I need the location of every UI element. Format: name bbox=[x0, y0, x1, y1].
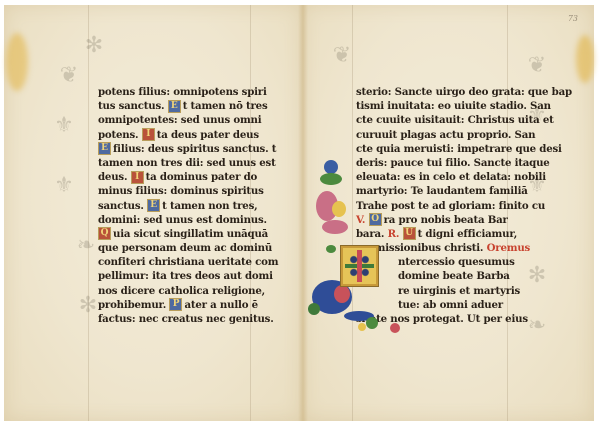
line-text: deus. bbox=[98, 171, 131, 183]
manuscript-line: factus: nec creatus nec genitus. bbox=[98, 312, 278, 326]
decorated-initial: E bbox=[147, 199, 160, 212]
manuscript-line: potens filius: omnipotens spiri bbox=[98, 85, 278, 99]
manuscript-line: domini: sed unus est dominus. bbox=[98, 213, 278, 227]
manuscript-line: Efilius: deus spiritus sanctus. t bbox=[98, 142, 278, 156]
line-text: potens filius: omnipotens spiri bbox=[98, 86, 267, 98]
decorated-initial: O bbox=[369, 213, 382, 226]
right-page: 73 ❦ ⚜ ⚜ ✻ ❧ ❦ sterio: Sancte uirgo deo … bbox=[302, 5, 594, 421]
left-text-block: potens filius: omnipotens spiritus sanct… bbox=[98, 85, 278, 326]
rubric-text: Oremus bbox=[487, 242, 530, 254]
line-text: nos dicere catholica religione, bbox=[98, 285, 265, 297]
line-text: bara. bbox=[356, 228, 388, 240]
manuscript-line: prohibemur. Pater a nullo ē bbox=[98, 298, 278, 312]
ornament-leaf-icon bbox=[308, 303, 320, 315]
manuscript-line: tamen non tres dii: sed unus est bbox=[98, 156, 278, 170]
ornament-leaf-icon bbox=[326, 245, 336, 253]
left-page: ✻ ❦ ⚜ ⚜ ❧ ✻ potens filius: omnipotens sp… bbox=[4, 5, 303, 421]
folio-number: 73 bbox=[568, 14, 578, 23]
manuscript-line: sanctus. Et tamen non tres, bbox=[98, 199, 278, 213]
line-text: filius: deus spiritus sanctus. t bbox=[113, 143, 276, 155]
decorated-initial: Q bbox=[98, 227, 111, 240]
manuscript-line: minus filius: dominus spiritus bbox=[98, 184, 278, 198]
line-text: t tamen non tres, bbox=[162, 200, 257, 212]
line-text: t digni efficiamur, bbox=[418, 228, 518, 240]
manuscript-line: Quia sicut singillatim unāquā bbox=[98, 227, 278, 241]
initial-ornament-icon bbox=[345, 250, 374, 282]
ornament-leaf-icon bbox=[366, 317, 378, 329]
decorated-initial: P bbox=[169, 298, 182, 311]
line-text: ater a nullo ē bbox=[184, 299, 257, 311]
manuscript-line: omnipotentes: sed unus omni bbox=[98, 113, 278, 127]
decorated-initial: I bbox=[142, 128, 155, 141]
line-text: cte cuuite uisitauit: Christus uita et bbox=[356, 114, 554, 126]
sketch-flower-icon: ❦ bbox=[49, 65, 89, 87]
line-text: factus: nec creatus nec genitus. bbox=[98, 313, 274, 325]
line-text: martyrio: Te laudantem familiā bbox=[356, 185, 528, 197]
line-text: t tamen nō tres bbox=[183, 100, 268, 112]
line-text: sterio: Sancte uirgo deo grata: que bap bbox=[356, 86, 572, 98]
line-text: deris: pauce tui filio. Sancte itaque bbox=[356, 157, 550, 169]
sketch-flower-icon: ❦ bbox=[517, 55, 557, 77]
line-text: que personam deum ac dominū bbox=[98, 242, 272, 254]
line-text: tamen non tres dii: sed unus est bbox=[98, 157, 276, 169]
illuminated-initial bbox=[340, 245, 379, 287]
manuscript-line: domine beate Barba bbox=[356, 269, 572, 283]
manuscript-line: confiteri christiana ueritate com bbox=[98, 255, 278, 269]
manuscript-line: sterio: Sancte uirgo deo grata: que bap bbox=[356, 85, 572, 99]
ornament-flower-icon bbox=[334, 285, 350, 303]
decorated-initial: E bbox=[168, 100, 181, 113]
water-stain bbox=[576, 35, 594, 83]
ornament-leaf-icon bbox=[324, 160, 338, 174]
manuscript-line: cte quia meruisti: impetrare que desi bbox=[356, 142, 572, 156]
ornament-gold-icon bbox=[358, 323, 366, 331]
manuscript-line: deris: pauce tui filio. Sancte itaque bbox=[356, 156, 572, 170]
manuscript-spread: ✻ ❦ ⚜ ⚜ ❧ ✻ potens filius: omnipotens sp… bbox=[4, 5, 594, 421]
sketch-flower-icon: ❦ bbox=[322, 45, 362, 67]
manuscript-line: eleuata: es in celo et delata: nobili bbox=[356, 170, 572, 184]
gutter bbox=[298, 5, 308, 421]
line-text: tus sanctus. bbox=[98, 100, 168, 112]
line-text: confiteri christiana ueritate com bbox=[98, 256, 278, 268]
line-text: ta dominus pater do bbox=[146, 171, 257, 183]
line-text: re uirginis et martyris bbox=[398, 285, 520, 297]
decorated-initial: U bbox=[403, 227, 416, 240]
decorated-initial: E bbox=[98, 142, 111, 155]
sketch-flower-icon: ✻ bbox=[74, 35, 114, 57]
line-text: tue: ab omni aduer bbox=[398, 299, 503, 311]
manuscript-line: sitate nos protegat. Ut per eius bbox=[356, 312, 572, 326]
line-text: eleuata: es in celo et delata: nobili bbox=[356, 171, 546, 183]
rubric-mark: V. bbox=[356, 214, 369, 226]
manuscript-line: promissionibus christi. Oremus bbox=[356, 241, 572, 255]
manuscript-line: potens. Ita deus pater deus bbox=[98, 128, 278, 142]
ornament-flower-icon bbox=[390, 323, 400, 333]
line-text: ta deus pater deus bbox=[157, 129, 259, 141]
water-stain bbox=[6, 33, 28, 91]
line-text: cte quia meruisti: impetrare que desi bbox=[356, 143, 562, 155]
manuscript-line: martyrio: Te laudantem familiā bbox=[356, 184, 572, 198]
line-text: omnipotentes: sed unus omni bbox=[98, 114, 261, 126]
ornament-gold-icon bbox=[332, 201, 346, 217]
manuscript-line: V. Ora pro nobis beata Bar bbox=[356, 213, 572, 227]
manuscript-line: re uirginis et martyris bbox=[356, 284, 572, 298]
line-text: domine beate Barba bbox=[398, 270, 510, 282]
right-text-block: sterio: Sancte uirgo deo grata: que bapt… bbox=[356, 85, 572, 326]
ruling-line bbox=[352, 5, 353, 421]
manuscript-line: tismi inuitata: eo uiuite stadio. San bbox=[356, 99, 572, 113]
manuscript-line: tue: ab omni aduer bbox=[356, 298, 572, 312]
manuscript-line: deus. Ita dominus pater do bbox=[98, 170, 278, 184]
line-text: ntercessio quesumus bbox=[398, 256, 515, 268]
sketch-flower-icon: ⚜ bbox=[44, 115, 84, 137]
manuscript-line: Trahe post te ad gloriam: finito cu bbox=[356, 199, 572, 213]
manuscript-line: curuuit plagas actu proprio. San bbox=[356, 128, 572, 142]
line-text: sitate nos protegat. Ut per eius bbox=[356, 313, 528, 325]
line-text: sanctus. bbox=[98, 200, 147, 212]
line-text: tismi inuitata: eo uiuite stadio. San bbox=[356, 100, 551, 112]
line-text: curuuit plagas actu proprio. San bbox=[356, 129, 535, 141]
line-text: Trahe post te ad gloriam: finito cu bbox=[356, 200, 545, 212]
manuscript-line: pellimur: ita tres deos aut domi bbox=[98, 269, 278, 283]
manuscript-line: tus sanctus. Et tamen nō tres bbox=[98, 99, 278, 113]
line-text: uia sicut singillatim unāquā bbox=[113, 228, 268, 240]
line-text: prohibemur. bbox=[98, 299, 169, 311]
manuscript-line: nos dicere catholica religione, bbox=[98, 284, 278, 298]
ornament-leaf-icon bbox=[320, 173, 342, 185]
manuscript-line: cte cuuite uisitauit: Christus uita et bbox=[356, 113, 572, 127]
line-text: pellimur: ita tres deos aut domi bbox=[98, 270, 273, 282]
line-text: potens. bbox=[98, 129, 142, 141]
manuscript-line: ntercessio quesumus bbox=[356, 255, 572, 269]
rubric-mark: R. bbox=[388, 228, 403, 240]
sketch-flower-icon: ⚜ bbox=[44, 175, 84, 197]
decorated-initial: I bbox=[131, 171, 144, 184]
ornament-acanthus-icon bbox=[322, 220, 348, 234]
line-text: minus filius: dominus spiritus bbox=[98, 185, 264, 197]
line-text: domini: sed unus est dominus. bbox=[98, 214, 267, 226]
line-text: ra pro nobis beata Bar bbox=[384, 214, 508, 226]
manuscript-line: que personam deum ac dominū bbox=[98, 241, 278, 255]
manuscript-line: bara. R. Ut digni efficiamur, bbox=[356, 227, 572, 241]
